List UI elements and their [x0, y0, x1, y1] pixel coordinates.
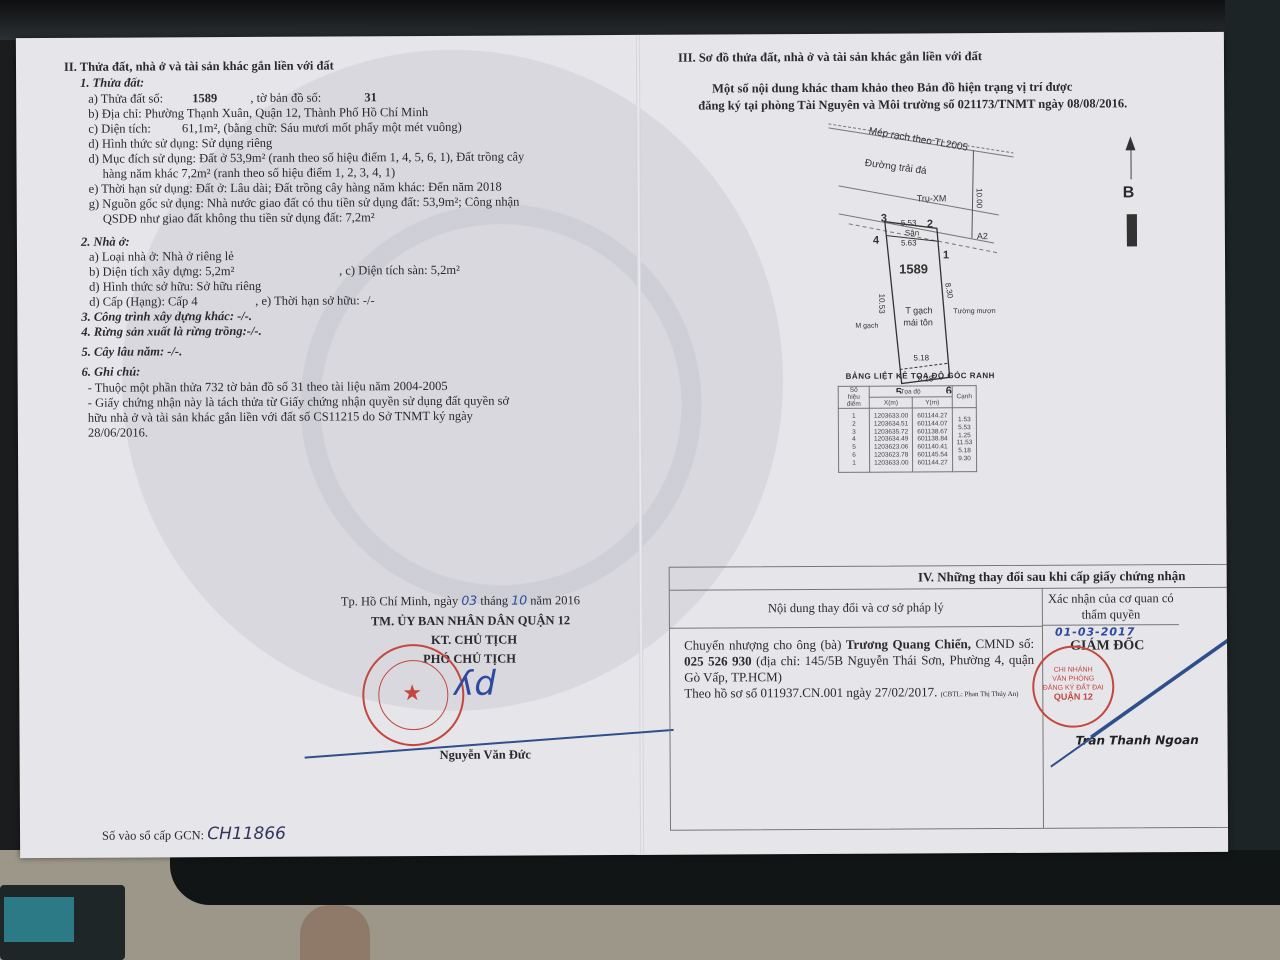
foot — [300, 905, 370, 960]
entry-id-prefix: CMND số: — [975, 636, 1034, 651]
parcel-no-label: a) Thửa đất số: — [88, 91, 163, 105]
svg-text:2: 2 — [927, 218, 933, 230]
area-value: 61,1m², (bằng chữ: Sáu mươi mốt phẩy một… — [182, 120, 462, 135]
registry-row: Số vào sổ cấp GCN: CH11866 — [102, 827, 286, 843]
parcel-diagram: Mép rạch theo TL2005 Đường trải đá Trụ-X… — [828, 113, 1029, 394]
year-label: năm — [530, 593, 552, 607]
changes-col1-header: Nội dung thay đổi và cơ sở pháp lý — [670, 588, 1043, 629]
origin-line2: QSDĐ như giao đất không thu tiền sử dụng… — [103, 210, 375, 226]
usage-form: d) Hình thức sử dụng: Sử dụng riêng — [88, 136, 272, 151]
note-line1: - Thuộc một phần thửa 732 tờ bản đồ số 3… — [88, 379, 448, 395]
entry-clerk: (CBTL: Phan Thị Thúy An) — [941, 690, 1019, 698]
svg-text:Đường trải đá: Đường trải đá — [864, 158, 928, 177]
house-grade: d) Cấp (Hạng): Cấp 4 — [89, 294, 197, 309]
north-arrow-tail — [1127, 214, 1137, 246]
other-works: 3. Công trình xây dựng khác: -/-. — [81, 309, 252, 324]
area-row: c) Diện tích: 61,1m², (bằng chữ: Sáu mươ… — [88, 120, 461, 136]
perennial: 5. Cây lâu năm: -/-. — [81, 344, 182, 359]
svg-text:5.63: 5.63 — [901, 238, 917, 247]
parcel-no: 1589 — [192, 91, 217, 105]
seal-line2: VĂN PHÒNG — [1034, 674, 1112, 683]
star-emblem-icon: ★ — [402, 680, 422, 706]
place-date: Tp. Hồ Chí Minh, ngày 03 tháng 10 năm 20… — [341, 593, 580, 609]
svg-text:Sân: Sân — [905, 228, 919, 237]
date-year: 2016 — [555, 593, 580, 607]
svg-text:Tường mượn: Tường mượn — [953, 308, 995, 315]
x-cell: 1203633.001203634.511203635.721203634.49… — [869, 408, 913, 472]
svg-text:8.30: 8.30 — [943, 282, 955, 299]
issuing-org: TM. ỦY BAN NHÂN DÂN QUẬN 12 — [371, 613, 570, 629]
note-line4: 28/06/2016. — [88, 425, 148, 440]
usage-term: e) Thời hạn sử dụng: Đất ở: Lâu dài; Đất… — [89, 180, 502, 197]
svg-text:3: 3 — [881, 213, 887, 225]
reference-line1: Một số nội dung khác tham khảo theo Bản … — [712, 80, 1072, 96]
section-iii-title: III. Sơ đồ thửa đất, nhà ở và tài sản kh… — [678, 49, 982, 65]
svg-text:10.00: 10.00 — [975, 188, 984, 209]
svg-text:M gạch: M gạch — [855, 323, 878, 330]
address: b) Địa chỉ: Phường Thạnh Xuân, Quận 12, … — [88, 105, 428, 121]
north-label: B — [1123, 184, 1135, 201]
changes-col2-header: Xác nhận của cơ quan có thẩm quyền — [1043, 587, 1179, 626]
background-right — [1225, 0, 1280, 860]
land-heading: 1. Thửa đất: — [80, 75, 144, 90]
svg-text:Trụ-XM: Trụ-XM — [917, 193, 947, 203]
svg-text:A2: A2 — [977, 231, 988, 241]
svg-text:4: 4 — [873, 235, 880, 247]
reference-line2: đăng ký tại phòng Tài Nguyên và Môi trườ… — [698, 96, 1127, 113]
parcel-no-row: a) Thửa đất số: 1589 , tờ bản đồ số: 31 — [88, 90, 377, 106]
col-y: Y(m) — [913, 397, 952, 408]
purpose-line1: d) Mục đích sử dụng: Đất ở 53,9m² (ranh … — [88, 150, 524, 167]
entry-name: Trương Quang Chiến, — [846, 636, 971, 652]
note-line2: - Giấy chứng nhận này là tách thửa từ Gi… — [88, 394, 509, 411]
svg-text:10.53: 10.53 — [877, 294, 886, 315]
seal-line4: QUẬN 12 — [1034, 692, 1112, 701]
certificate-document: II. Thửa đất, nhà ở và tài sản khác gắn … — [16, 32, 1228, 858]
column-divider — [1042, 626, 1044, 828]
seal-line1: CHI NHÁNH — [1034, 665, 1112, 674]
svg-text:5.53: 5.53 — [901, 218, 917, 227]
points-cell: 1234561 — [838, 408, 869, 472]
build-area: b) Diện tích xây dựng: 5,2m² — [89, 264, 234, 279]
signature-left: ʎd — [454, 664, 496, 704]
edges-cell: 1.535.531.2511.535.189.30 — [952, 408, 977, 472]
entry-id: 025 526 930 — [684, 653, 752, 668]
forest: 4. Rừng sản xuất là rừng trồng:-/-. — [81, 324, 261, 339]
y-cell: 601144.27601144.07601138.67601138.846011… — [913, 408, 953, 472]
ownership-term: , e) Thời hạn sở hữu: -/- — [255, 293, 374, 308]
svg-text:1589: 1589 — [899, 261, 928, 276]
col-edge: Cạnh — [952, 386, 977, 408]
floor-area: , c) Diện tích sàn: 5,2m² — [339, 263, 460, 278]
svg-text:Mép rạch theo TL2005: Mép rạch theo TL2005 — [868, 126, 969, 154]
official-seal-left: ★ — [362, 644, 465, 747]
notes-heading: 6. Ghi chú: — [82, 365, 141, 380]
entry-prefix: Chuyển nhượng cho ông (bà) — [684, 637, 846, 653]
map-sheet-label: , tờ bản đồ số: — [250, 91, 321, 105]
device-screen — [4, 897, 74, 942]
date-month: 10 — [511, 592, 527, 607]
coord-table-title: BẢNG LIỆT KÊ TỌA ĐỘ GÓC RANH — [846, 371, 995, 381]
house-heading: 2. Nhà ở: — [81, 235, 130, 250]
dark-mat — [170, 850, 1280, 905]
col-point: Số hiệu điểm — [838, 386, 869, 408]
coord-table: Số hiệu điểm Tọa độ Cạnh X(m) Y(m) 12345… — [838, 385, 978, 472]
section-ii-title: II. Thửa đất, nhà ở và tài sản khác gắn … — [64, 59, 334, 75]
official-seal-right: CHI NHÁNH VĂN PHÒNG ĐĂNG KÝ ĐẤT ĐAI QUẬN… — [1032, 645, 1114, 727]
north-indicator: B — [1123, 184, 1135, 202]
house-type: a) Loại nhà ở: Nhà ở riêng lẻ — [89, 249, 234, 264]
map-sheet: 31 — [364, 90, 377, 104]
change-entry: Chuyển nhượng cho ông (bà) Trương Quang … — [684, 636, 1034, 704]
purpose-line2: hàng năm khác 7,2m² (ranh theo số hiệu đ… — [103, 165, 396, 181]
col-x: X(m) — [869, 397, 912, 408]
area-label: c) Diện tích: — [88, 121, 151, 135]
registry-no: CH11866 — [207, 824, 286, 844]
svg-text:mái tôn: mái tôn — [903, 317, 933, 327]
col-coords: Tọa độ — [869, 386, 952, 397]
svg-text:5.18: 5.18 — [914, 353, 930, 362]
house-ownership: d) Hình thức sở hữu: Sở hữu riêng — [89, 279, 261, 294]
device — [0, 885, 125, 960]
month-label: tháng — [480, 594, 508, 608]
signer-title1: KT. CHỦ TỊCH — [431, 633, 517, 648]
svg-text:T gạch: T gạch — [905, 305, 932, 315]
confirm-date: 01-03-2017 — [1055, 625, 1135, 638]
origin-line1: g) Nguồn gốc sử dụng: Nhà nước giao đất … — [89, 195, 520, 212]
date-day: 03 — [461, 593, 477, 608]
entry-file: Theo hồ sơ số 011937.CN.001 ngày 27/02/2… — [684, 684, 937, 700]
registry-label: Số vào sổ cấp GCN: — [102, 828, 204, 843]
place-date-prefix: Tp. Hồ Chí Minh, ngày — [341, 594, 458, 609]
north-arrow-icon — [1125, 136, 1135, 150]
svg-text:1: 1 — [943, 249, 949, 261]
note-line3: hữu nhà ở và tài sản khác gắn liền với đ… — [88, 409, 473, 426]
signer-name: Nguyễn Văn Đức — [440, 747, 531, 762]
changes-table: IV. Những thay đổi sau khi cấp giấy chứn… — [669, 563, 1229, 831]
